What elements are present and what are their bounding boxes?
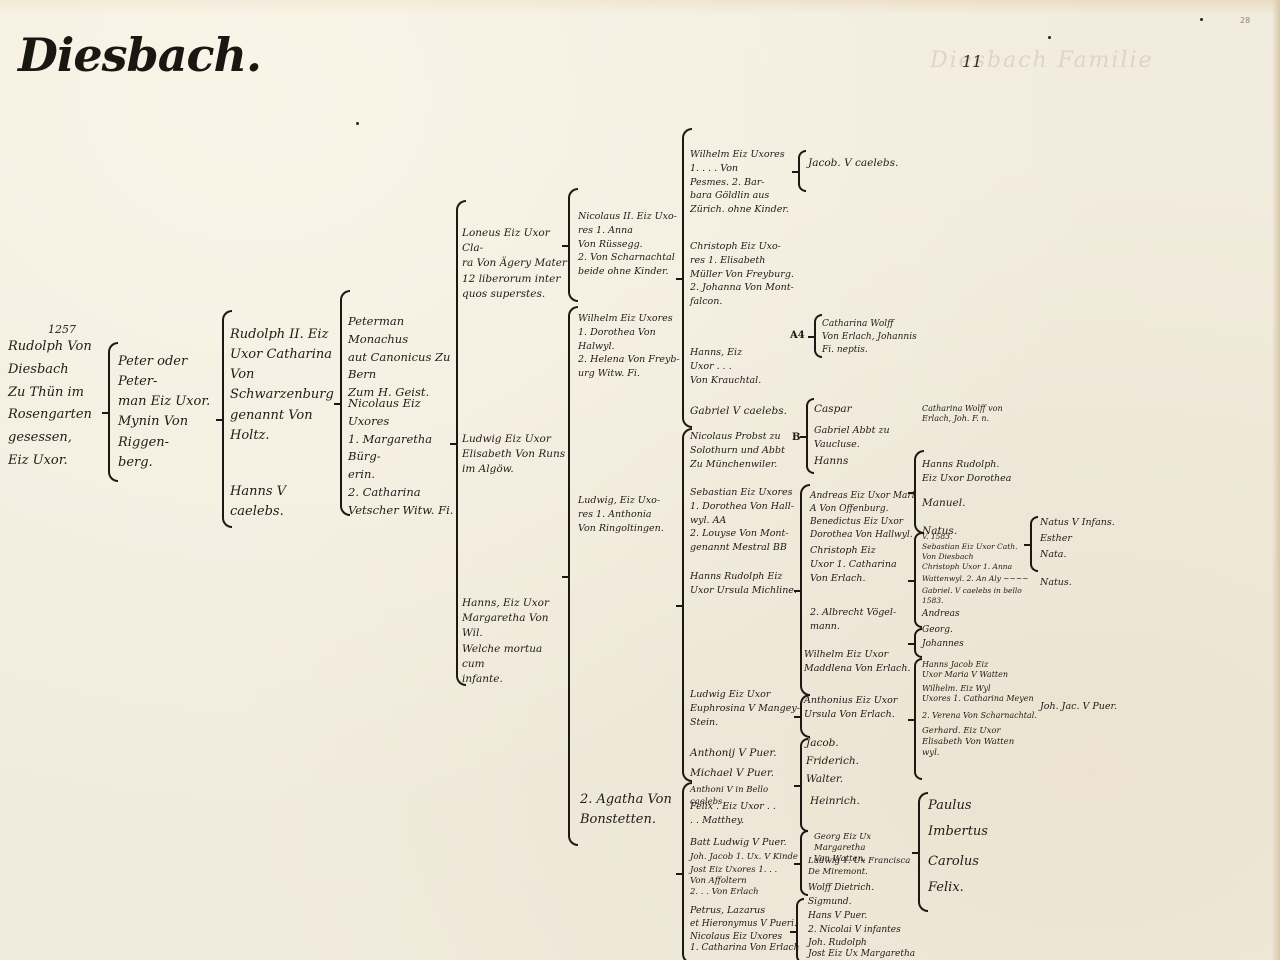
g8-entry-13: Friderich. xyxy=(806,754,906,769)
g8-entry-23: Jost Eiz Ux Margaretha xyxy=(808,950,928,959)
g9-entry-15: Gerhard. Eiz Uxor Elisabeth Von Watten w… xyxy=(922,726,1032,759)
g7-entry-16: Petrus, Lazarus xyxy=(690,904,802,918)
g6-entry-3: Ludwig, Eiz Uxo- res 1. Anthonia Von Rin… xyxy=(578,494,682,535)
bracket-g10 xyxy=(1030,516,1038,572)
g7-entry-9: Anthonij V Puer. xyxy=(690,746,800,761)
g9-entry-6: Christoph Uxor 1. Anna xyxy=(922,562,1032,573)
g8-entry-12: Jacob. xyxy=(806,736,906,751)
g7-entry-12: Felix . Eiz Uxor . . . . Matthey. xyxy=(690,800,802,828)
g8-entry-10: Wilhelm Eiz Uxor Maddlena Von Erlach. xyxy=(804,648,914,676)
g7-entry-14: Joh. Jacob 1. Ux. V Kinde xyxy=(690,851,802,863)
g7-entry-4: Gabriel V caelebs. xyxy=(690,404,800,419)
g10-entry-2: Esther xyxy=(1040,532,1130,546)
g7-entry-7: Hanns Rudolph Eiz Uxor Ursula Michline. xyxy=(690,570,802,598)
bracket-g8-jacob xyxy=(798,150,806,192)
bracket-g8-b xyxy=(806,398,814,474)
g8-entry-14: Walter. xyxy=(806,772,906,787)
g7-entry-3: Hanns, Eiz Uxor . . . Von Krauchtal. xyxy=(690,346,800,387)
g8-entry-6: Andreas Eiz Uxor Mari A Von Offenburg. xyxy=(810,490,920,516)
ink-speck xyxy=(356,122,359,125)
g8-entry-21: 2. Nicolai V infantes xyxy=(808,924,928,937)
g9-entry-18: Carolus xyxy=(928,852,1008,872)
g10-entry-4: Natus. xyxy=(1040,576,1130,590)
g2-entry: Peter oder Peter- man Eiz Uxor. Mynin Vo… xyxy=(118,352,218,473)
bracket-g9-gj xyxy=(914,628,922,658)
g8-entry-19: Sigmund. xyxy=(808,896,918,909)
g10-entry-3: Nata. xyxy=(1040,548,1130,562)
g7-entry-18: Nicolaus Eiz Uxores 1. Catharina Von Erl… xyxy=(690,932,802,954)
g7-entry-15: Jost Eiz Uxores 1. . . Von Affoltern 2. … xyxy=(690,865,802,898)
g10-entry-1: Natus V Infans. xyxy=(1040,516,1130,530)
g8-entry-18: Wolff Dietrich. xyxy=(808,882,918,895)
ink-speck xyxy=(1200,18,1203,21)
g7-entry-10: Michael V Puer. xyxy=(690,766,800,781)
g7-entry-13: Batt Ludwig V Puer. xyxy=(690,836,802,850)
g8-entry-5: Hanns xyxy=(814,454,914,469)
bracket-g8-hnj xyxy=(796,898,804,960)
manuscript-page: Diesbach. 28 Diesbach Familie 11 1257 Ru… xyxy=(0,0,1280,960)
faded-header-ink: 11 xyxy=(962,52,982,71)
g8-entry-9: 2. Albrecht Vögel- mann. xyxy=(810,606,920,634)
g9-entry-7: Wattenwyl. 2. An Aly ~~~~ xyxy=(922,574,1032,585)
bracket-g9-hw xyxy=(914,658,922,780)
g8-entry-17: Ludwig 1. Ux Francisca De Miremont. xyxy=(808,856,928,878)
g9-entry-2: Hanns Rudolph. Eiz Uxor Dorothea xyxy=(922,458,1032,486)
g9-entry-8: Gabriel. V caelebs in bello 1583. xyxy=(922,586,1032,606)
g5-entry-1: Loneus Eiz Uxor Cla- ra Von Ägery Mater … xyxy=(462,226,568,302)
bracket-g8-aa xyxy=(814,314,822,358)
marker-b: B xyxy=(792,432,800,443)
g1-founder-entry: Rudolph Von Diesbach Zu Thün im Rosengar… xyxy=(8,336,108,473)
bracket-g9-pic xyxy=(918,792,928,912)
g5-entry-3: Hanns, Eiz Uxor Margaretha Von Wil. Welc… xyxy=(462,596,568,687)
g9-entry-3: Manuel. xyxy=(922,496,1022,511)
g8-entry-8: Christoph Eiz Uxor 1. Catharina Von Erla… xyxy=(810,544,920,585)
bracket-g9-sb xyxy=(914,532,922,628)
g6-entry-2: Wilhelm Eiz Uxores 1. Dorothea Von Halwy… xyxy=(578,312,682,381)
page-edge xyxy=(1272,0,1280,960)
g3-entry-1: Rudolph II. Eiz Uxor Catharina Von Schwa… xyxy=(230,325,342,446)
g9-entry-5: V. 1583. Sebastian Eiz Uxor Cath. Von Di… xyxy=(922,532,1032,561)
page-number: 28 xyxy=(1240,16,1250,25)
g6-entry-1: Nicolaus II. Eiz Uxo- res 1. Anna Von Rü… xyxy=(578,210,682,279)
g7-entry-1: Wilhelm Eiz Uxores 1. . . . Von Pesmes. … xyxy=(690,148,800,217)
g7-entry-6: Sebastian Eiz Uxores 1. Dorothea Von Hal… xyxy=(690,486,802,555)
g7-entry-5: Nicolaus Probst zu Solothurn und Abbt Zu… xyxy=(690,430,800,471)
marker-aa: A4 xyxy=(790,330,805,341)
g7-entry-2: Christoph Eiz Uxo- res 1. Elisabeth Müll… xyxy=(690,240,800,309)
g4-entry-1: Peterman Monachus aut Canonicus Zu Bern … xyxy=(348,313,458,402)
bracket-g8-gls xyxy=(800,830,808,896)
bracket-g6 xyxy=(568,188,578,302)
g8-entry-1: Jacob. V caelebs. xyxy=(808,156,918,171)
g8-entry-20: Hans V Puer. xyxy=(808,910,918,923)
g9-entry-13: Wilhelm. Eiz Wyl Uxores 1. Catharina Mey… xyxy=(922,684,1042,705)
g3-entry-2: Hanns V caelebs. xyxy=(230,482,342,522)
bracket-g2 xyxy=(108,342,118,482)
ink-speck xyxy=(1048,36,1051,39)
g9-entry-11: Johannes xyxy=(922,638,1022,651)
g6-entry-4: 2. Agatha Von Bonstetten. xyxy=(580,790,680,830)
page-title: Diesbach. xyxy=(18,28,261,82)
g8-entry-11: Anthonius Eiz Uxor Ursula Von Erlach. xyxy=(804,694,914,722)
g9-entry-19: Felix. xyxy=(928,878,1008,898)
g9-entry-9: Andreas xyxy=(922,608,1022,621)
bracket-g6b xyxy=(568,306,578,846)
g7-entry-8: Ludwig Eiz Uxor Euphrosina V Mangey- Ste… xyxy=(690,688,800,729)
g5-entry-2: Ludwig Eiz Uxor Elisabeth Von Runs im Al… xyxy=(462,432,568,478)
g10-entry-5: Joh. Jac. V Puer. xyxy=(1040,700,1150,714)
g9-entry-14: 2. Verena Von Scharnachtal. xyxy=(922,710,1042,722)
g9-entry-10: Georg. xyxy=(922,624,1022,637)
g7-entry-17: et Hieronymus V Pueri. xyxy=(690,918,802,931)
g4-entry-2: Nicolaus Eiz Uxores 1. Margaretha Bürg- … xyxy=(348,395,458,520)
g8-entry-2: Catharina Wolff Von Erlach, Johannis Fi.… xyxy=(822,318,932,357)
g8-entry-15: Heinrich. xyxy=(810,794,910,809)
g9-entry-17: Imbertus xyxy=(928,822,1008,842)
g9-entry-12: Hanns Jacob Eiz Uxor Maria V Watten xyxy=(922,660,1032,681)
g9-entry-16: Paulus xyxy=(928,796,1008,816)
g8-entry-4: Gabriel Abbt zu Vaucluse. xyxy=(814,424,914,452)
g8-entry-7: Benedictus Eiz Uxor Dorothea Von Hallwyl… xyxy=(810,516,920,542)
g9-entry-1: Catharina Wolff von Erlach, Joh. F. n. xyxy=(922,404,1032,425)
g8-entry-3: Caspar xyxy=(814,402,914,417)
